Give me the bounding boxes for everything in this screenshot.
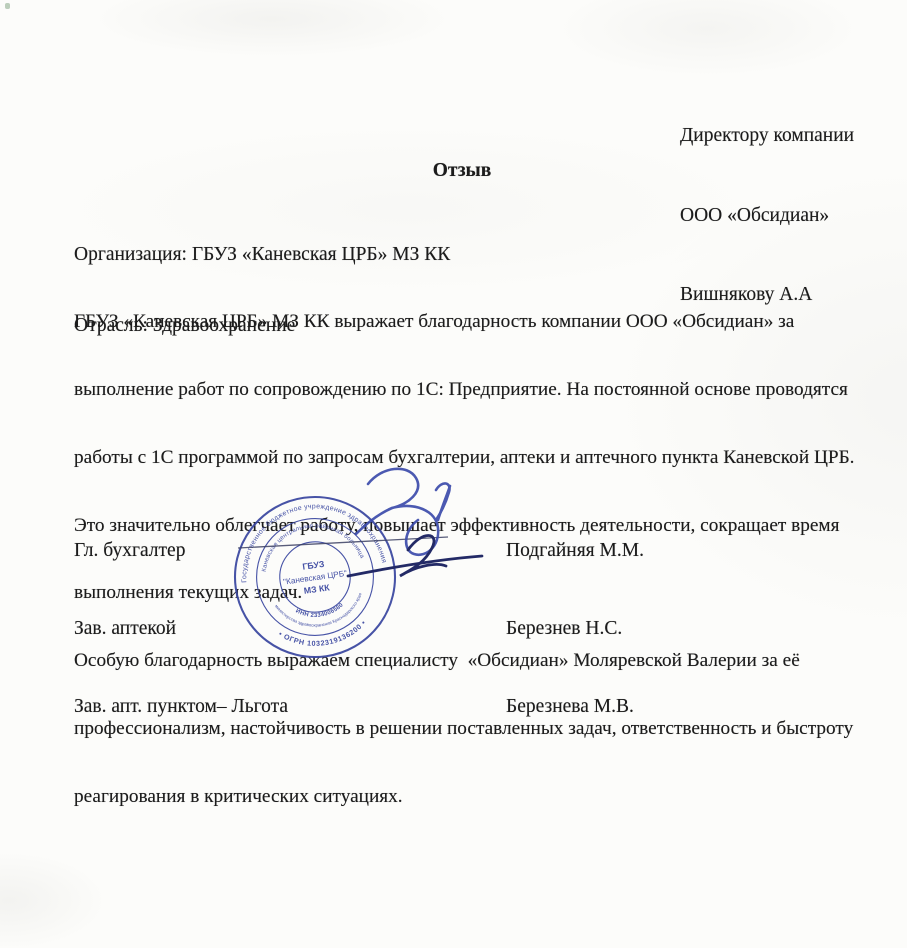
body-line: работы с 1С программой по запросам бухга… bbox=[74, 447, 855, 470]
recipient-line: Директору компании bbox=[680, 123, 854, 150]
official-stamp: Государственное бюджетное учреждение здр… bbox=[216, 478, 415, 677]
scan-artifact bbox=[5, 3, 10, 9]
letter-title: Отзыв bbox=[72, 160, 852, 182]
stamp-center-line-3: МЗ КК bbox=[303, 582, 331, 596]
stamp-center-line-1: ГБУЗ bbox=[302, 559, 326, 572]
signatory-names: Подгайняя М.М. Березнев Н.С. Березнева М… bbox=[506, 486, 644, 772]
body-line: реагирования в критических ситуациях. bbox=[74, 786, 855, 809]
stamp-graphic: Государственное бюджетное учреждение здр… bbox=[216, 478, 415, 677]
signatory-name: Березнев Н.С. bbox=[506, 616, 644, 642]
recipient-line: ООО «Обсидиан» bbox=[680, 203, 854, 230]
signatory-name: Подгайняя М.М. bbox=[506, 538, 644, 564]
body-line: выполнение работ по сопровождению по 1С:… bbox=[74, 379, 855, 402]
body-line: ГБУЗ «Каневская ЦРБ» МЗ КК выражает благ… bbox=[74, 311, 855, 334]
signatory-name: Березнева М.В. bbox=[506, 694, 644, 720]
scanned-letter-page: Директору компании ООО «Обсидиан» Вишняк… bbox=[0, 0, 907, 948]
organization-line: Организация: ГБУЗ «Каневская ЦРБ» МЗ КК bbox=[74, 243, 450, 267]
signatory-role: Зав. апт. пунктом– Льгота bbox=[74, 694, 288, 720]
